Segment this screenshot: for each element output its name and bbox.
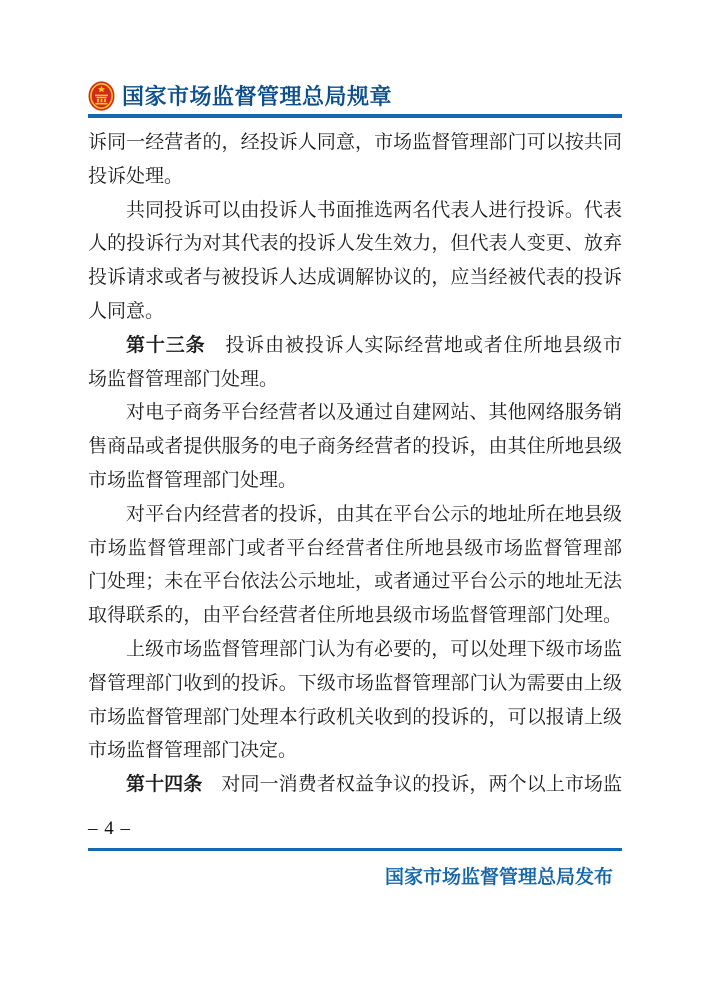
article-number: 第十四条: [126, 774, 202, 795]
body-line: 督管理部门收到的投诉。下级市场监督管理部门认为需要由上级: [88, 667, 622, 701]
body-line: 场监督管理部门处理。: [88, 363, 622, 397]
body-line: 取得联系的，由平台经营者住所地县级市场监督管理部门处理。: [88, 599, 622, 633]
body-line: 市场监督管理部门处理本行政机关收到的投诉的，可以报请上级: [88, 701, 622, 735]
body-line-text: 投诉由被投诉人实际经营地或者住所地县级市: [206, 335, 622, 356]
body-line: 人同意。: [88, 295, 622, 329]
header-row: 国家市场监督管理总局规章: [88, 80, 622, 111]
body-line: 共同投诉可以由投诉人书面推选两名代表人进行投诉。代表: [88, 194, 622, 228]
body-line: 投诉处理。: [88, 160, 622, 194]
body-line: 投诉请求或者与被投诉人达成调解协议的，应当经被代表的投诉: [88, 261, 622, 295]
body-line: 门处理；未在平台依法公示地址，或者通过平台公示的地址无法: [88, 565, 622, 599]
body-line: 市场监督管理部门决定。: [88, 734, 622, 768]
national-emblem-icon: [88, 81, 115, 111]
footer-rule: [88, 848, 622, 851]
body-line: 市场监督管理部门处理。: [88, 464, 622, 498]
document-body: 诉同一经营者的，经投诉人同意，市场监督管理部门可以按共同 投诉处理。 共同投诉可…: [88, 126, 622, 802]
body-line: 上级市场监督管理部门认为有必要的，可以处理下级市场监: [88, 633, 622, 667]
body-line: 第十四条 对同一消费者权益争议的投诉，两个以上市场监: [88, 768, 622, 802]
body-line: 对电子商务平台经营者以及通过自建网站、其他网络服务销: [88, 396, 622, 430]
header-rule: [88, 114, 622, 118]
body-line: 市场监督管理部门或者平台经营者住所地县级市场监督管理部: [88, 532, 622, 566]
header-title: 国家市场监督管理总局规章: [122, 80, 392, 111]
body-line: 售商品或者提供服务的电子商务经营者的投诉，由其住所地县级: [88, 430, 622, 464]
body-line: 人的投诉行为对其代表的投诉人发生效力，但代表人变更、放弃: [88, 227, 622, 261]
body-line: 第十三条 投诉由被投诉人实际经营地或者住所地县级市: [88, 329, 622, 363]
body-line: 诉同一经营者的，经投诉人同意，市场监督管理部门可以按共同: [88, 126, 622, 160]
document-page: 国家市场监督管理总局规章 诉同一经营者的，经投诉人同意，市场监督管理部门可以按共…: [0, 0, 706, 999]
article-number: 第十三条: [126, 335, 206, 356]
page-header: 国家市场监督管理总局规章: [88, 80, 622, 118]
body-line: 对平台内经营者的投诉，由其在平台公示的地址所在地县级: [88, 498, 622, 532]
publisher-label: 国家市场监督管理总局发布: [88, 862, 622, 889]
body-line-text: 对同一消费者权益争议的投诉，两个以上市场监: [202, 774, 622, 795]
page-number: – 4 –: [88, 818, 131, 840]
